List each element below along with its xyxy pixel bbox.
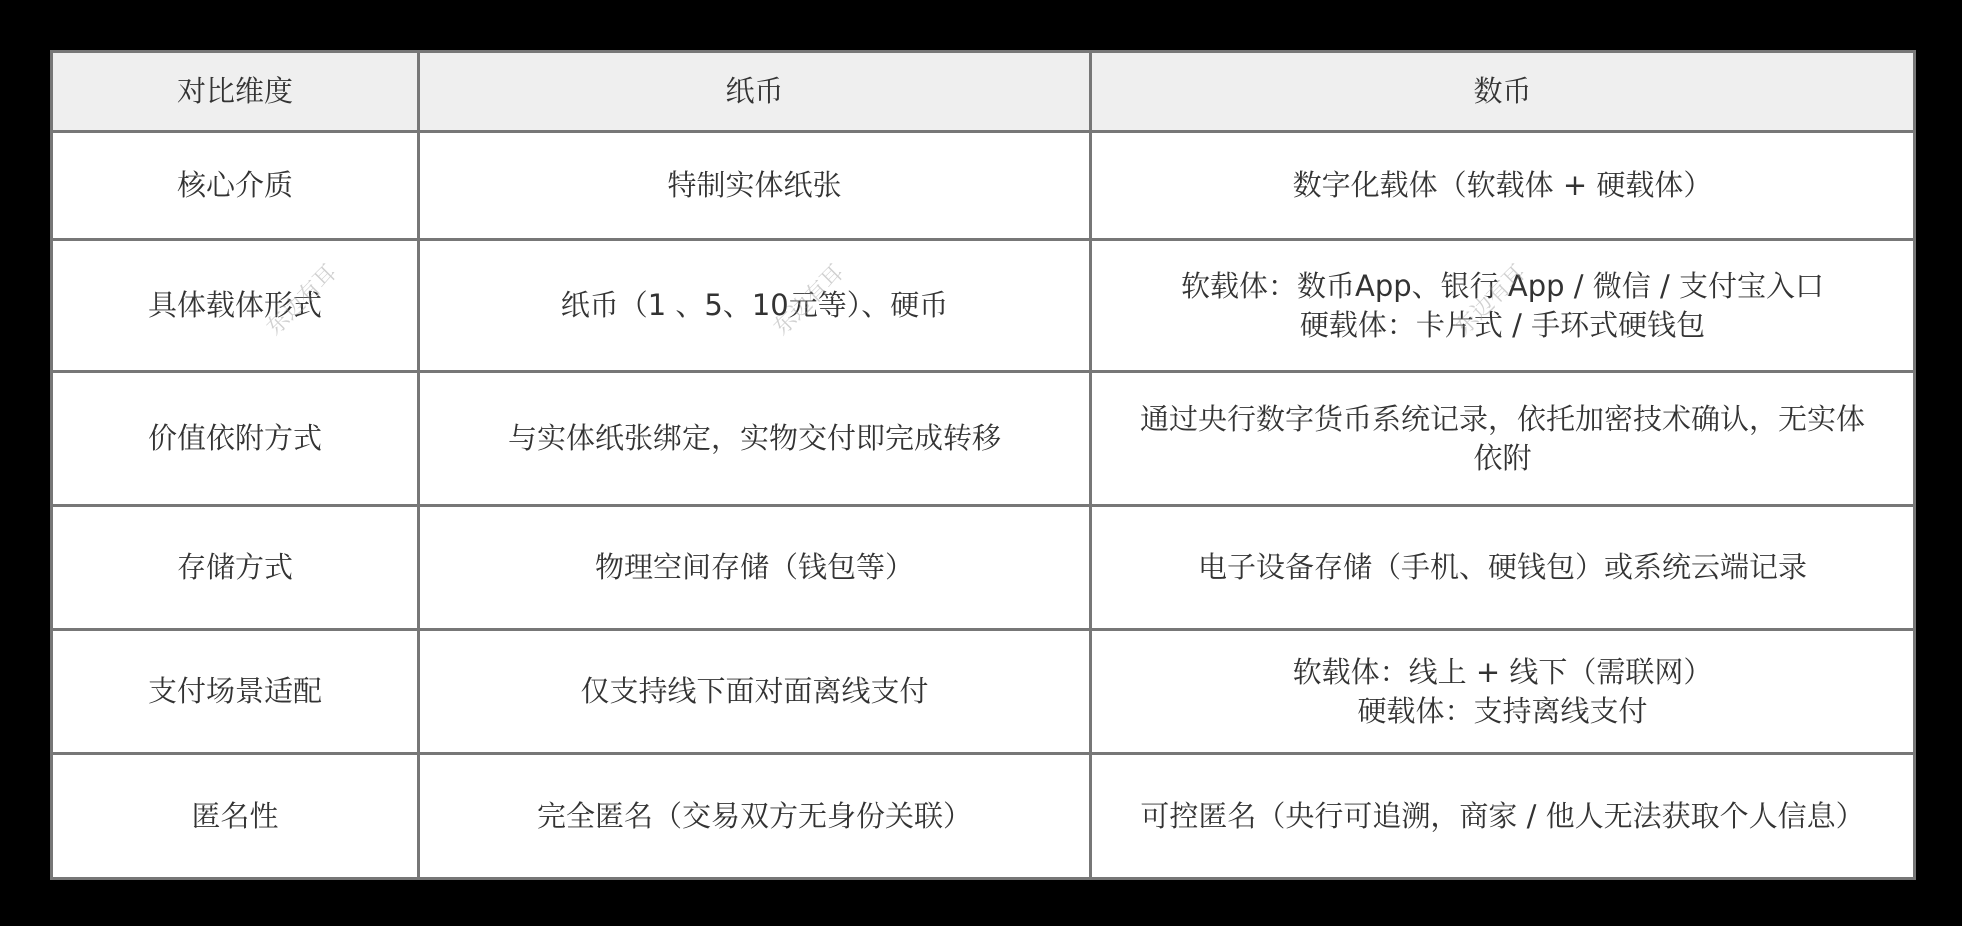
table-row: 存储方式 物理空间存储（钱包等） 电子设备存储（手机、硬钱包）或系统云端记录 [52,506,1915,630]
cell-line: 硬载体：卡片式 / 手环式硬钱包 [1100,306,1905,345]
dimension-label: 具体载体形式 [148,288,322,322]
cell-line: 特制实体纸张 [428,166,1081,205]
dimension-cell: 存储方式 [52,506,419,630]
table-row: 具体载体形式 东边有耳 纸币（1 、5、10元等）、硬币 东边有耳 软载体：数币… [52,240,1915,372]
dimension-cell: 匿名性 [52,754,419,879]
digital-cell: 软载体：线上 + 线下（需联网） 硬载体：支持离线支付 [1091,630,1915,754]
paper-cell: 物理空间存储（钱包等） [419,506,1091,630]
table-row: 核心介质 特制实体纸张 数字化载体（软载体 + 硬载体） [52,132,1915,240]
digital-cell: 数字化载体（软载体 + 硬载体） [1091,132,1915,240]
cell-line: 可控匿名（央行可追溯，商家 / 他人无法获取个人信息） [1100,797,1905,836]
cell-line: 仅支持线下面对面离线支付 [428,672,1081,711]
cell-line: 软载体：线上 + 线下（需联网） [1100,653,1905,692]
header-digital-currency: 数币 [1091,52,1915,132]
table-row: 匿名性 完全匿名（交易双方无身份关联） 可控匿名（央行可追溯，商家 / 他人无法… [52,754,1915,879]
paper-cell: 与实体纸张绑定，实物交付即完成转移 [419,372,1091,506]
paper-cell: 仅支持线下面对面离线支付 [419,630,1091,754]
digital-cell: 电子设备存储（手机、硬钱包）或系统云端记录 [1091,506,1915,630]
dimension-cell: 价值依附方式 [52,372,419,506]
cell-line: 硬载体：支持离线支付 [1100,692,1905,731]
paper-cell: 特制实体纸张 [419,132,1091,240]
cell-line: 物理空间存储（钱包等） [428,548,1081,587]
header-paper-currency: 纸币 [419,52,1091,132]
digital-cell: 软载体：数币App、银行 App / 微信 / 支付宝入口 硬载体：卡片式 / … [1091,240,1915,372]
cell-line: 数字化载体（软载体 + 硬载体） [1100,166,1905,205]
cell-line: 电子设备存储（手机、硬钱包）或系统云端记录 [1100,548,1905,587]
cell-line: 通过央行数字货币系统记录，依托加密技术确认，无实体 [1100,400,1905,439]
cell-line: 软载体：数币App、银行 App / 微信 / 支付宝入口 [1100,267,1905,306]
digital-cell: 通过央行数字货币系统记录，依托加密技术确认，无实体 依附 [1091,372,1915,506]
dimension-cell: 核心介质 [52,132,419,240]
header-dimension: 对比维度 [52,52,419,132]
cell-line: 纸币（1 、5、10元等）、硬币 [428,286,1081,325]
cell-line: 完全匿名（交易双方无身份关联） [428,797,1081,836]
paper-cell: 纸币（1 、5、10元等）、硬币 东边有耳 [419,240,1091,372]
cell-line: 依附 [1100,439,1905,478]
comparison-table-container: 对比维度 纸币 数币 核心介质 特制实体纸张 数字化载体（软载体 + 硬载体） … [50,50,1913,880]
dimension-cell: 具体载体形式 东边有耳 [52,240,419,372]
table-row: 价值依附方式 与实体纸张绑定，实物交付即完成转移 通过央行数字货币系统记录，依托… [52,372,1915,506]
cell-line: 与实体纸张绑定，实物交付即完成转移 [428,419,1081,458]
paper-cell: 完全匿名（交易双方无身份关联） [419,754,1091,879]
digital-cell: 可控匿名（央行可追溯，商家 / 他人无法获取个人信息） [1091,754,1915,879]
dimension-cell: 支付场景适配 [52,630,419,754]
comparison-table: 对比维度 纸币 数币 核心介质 特制实体纸张 数字化载体（软载体 + 硬载体） … [50,50,1916,880]
header-row: 对比维度 纸币 数币 [52,52,1915,132]
table-row: 支付场景适配 仅支持线下面对面离线支付 软载体：线上 + 线下（需联网） 硬载体… [52,630,1915,754]
